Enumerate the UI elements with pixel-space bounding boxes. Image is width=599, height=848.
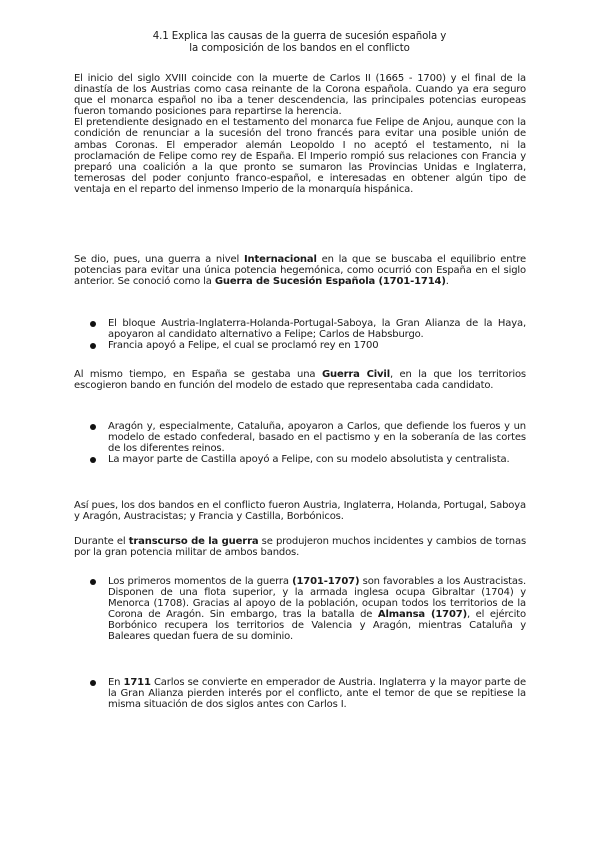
war-list-1: Los primeros momentos de la guerra (1701… [74, 576, 526, 643]
paragraph-succession: El pretendiente designado en el testamen… [74, 117, 526, 195]
intro-section: El inicio del siglo XVIII coincide con l… [74, 73, 526, 195]
list-item: El bloque Austria-Inglaterra-Holanda-Por… [74, 318, 526, 340]
list-item-text: El bloque Austria-Inglaterra-Holanda-Por… [108, 318, 526, 340]
list-item: Los primeros momentos de la guerra (1701… [74, 576, 526, 643]
bandos-paragraph: Así pues, los dos bandos en el conflicto… [74, 500, 526, 522]
title-line-2: la composición de los bandos en el confl… [0, 43, 599, 55]
bullet-icon [90, 457, 96, 463]
bold-years: (1701-1707) [292, 576, 359, 587]
bullet-icon [90, 321, 96, 327]
paragraph-international: Se dio, pues, una guerra a nivel Interna… [74, 254, 526, 287]
document-title: 4.1 Explica las causas de la guerra de s… [0, 31, 599, 55]
transcurso-paragraph: Durante el transcurso de la guerra se pr… [74, 536, 526, 558]
bold-internacional: Internacional [244, 254, 317, 265]
text: . [446, 276, 449, 287]
international-war-paragraph: Se dio, pues, una guerra a nivel Interna… [74, 254, 526, 287]
bold-transcurso: transcurso de la guerra [129, 536, 259, 547]
bold-guerra-civil: Guerra Civil [322, 369, 390, 380]
civil-war-paragraph: Al mismo tiempo, en España se gestaba un… [74, 369, 526, 391]
bullet-icon [90, 343, 96, 349]
paragraph-intro: El inicio del siglo XVIII coincide con l… [74, 73, 526, 117]
list-item-text: Aragón y, especialmente, Cataluña, apoya… [108, 421, 526, 454]
list-item: Francia apoyó a Felipe, el cual se procl… [74, 340, 526, 351]
bullet-icon [90, 680, 96, 686]
paragraph-bandos: Así pues, los dos bandos en el conflicto… [74, 500, 526, 522]
bullet-icon [90, 579, 96, 585]
text: Al mismo tiempo, en España se gestaba un… [74, 369, 322, 380]
text: Los primeros momentos de la guerra [108, 576, 292, 587]
text: Se dio, pues, una guerra a nivel [74, 254, 244, 265]
list-item-text: Francia apoyó a Felipe, el cual se procl… [108, 340, 378, 351]
bullet-icon [90, 424, 96, 430]
paragraph-transcurso: Durante el transcurso de la guerra se pr… [74, 536, 526, 558]
bold-almansa: Almansa (1707) [378, 609, 467, 620]
bold-guerra-sucesion: Guerra de Sucesión Española (1701-1714) [215, 276, 446, 287]
text: Durante el [74, 536, 129, 547]
text: Carlos se convierte en emperador de Aust… [108, 677, 526, 710]
bold-1711: 1711 [124, 677, 151, 688]
paragraph-civil: Al mismo tiempo, en España se gestaba un… [74, 369, 526, 391]
list-item: En 1711 Carlos se convierte en emperador… [74, 677, 526, 710]
list-item: Aragón y, especialmente, Cataluña, apoya… [74, 421, 526, 454]
list-item: La mayor parte de Castilla apoyó a Felip… [74, 454, 526, 465]
title-line-1: 4.1 Explica las causas de la guerra de s… [0, 31, 599, 43]
civil-list: Aragón y, especialmente, Cataluña, apoya… [74, 421, 526, 465]
list-item-text: La mayor parte de Castilla apoyó a Felip… [108, 454, 510, 465]
war-list-2: En 1711 Carlos se convierte en emperador… [74, 677, 526, 710]
international-list: El bloque Austria-Inglaterra-Holanda-Por… [74, 318, 526, 351]
text: En [108, 677, 124, 688]
